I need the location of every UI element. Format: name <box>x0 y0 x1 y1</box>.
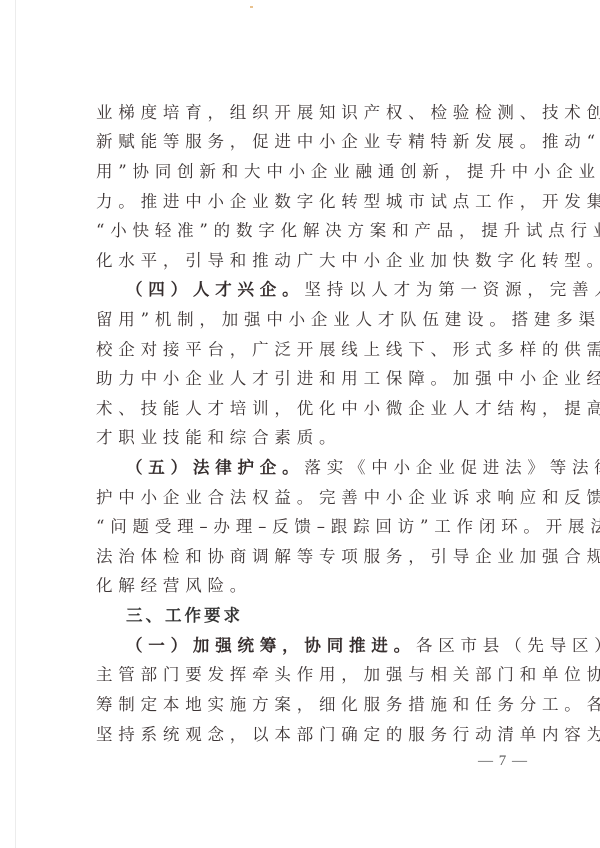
section-heading: 三、工作要求 <box>126 605 536 627</box>
paragraph-line: 主管部门要发挥牵头作用，加强与相关部门和单位协同配合，统 <box>96 664 536 686</box>
paragraph-line: 助力中小企业人才引进和用工保障。加强中小企业经营管理、技 <box>96 368 536 390</box>
paragraph-line: “问题受理–办理–反馈–跟踪回访”工作闭环。开展法律宣讲、 <box>96 516 536 538</box>
subsection-1-label: （一）加强统筹，协同推进。 <box>126 636 416 655</box>
paragraph-line: 用”协同创新和大中小企业融通创新，提升中小企业核心竞争 <box>96 161 536 183</box>
paragraph-line: 新赋能等服务，促进中小企业专精特新发展。推动“政产学研 <box>96 131 536 153</box>
paragraph-line: 留用”机制，加强中小企业人才队伍建设。搭建多渠道产才、 <box>96 309 536 331</box>
paragraph-line: 力。推进中小企业数字化转型城市试点工作，开发集成一批 <box>96 191 536 213</box>
page-number: — 7 — <box>478 752 538 770</box>
subsection-1-first-line: （一）加强统筹，协同推进。各区市县（先导区）中小企业 <box>126 635 536 657</box>
paragraph-text: 坚持以人才为第一资源，完善人才“引育 <box>304 280 600 299</box>
paragraph-line: 化解经营风险。 <box>96 575 536 597</box>
paragraph-line: 业梯度培育，组织开展知识产权、检验检测、技术创新和专精特 <box>96 102 536 124</box>
paragraph-text: 落实《中小企业促进法》等法律法规，保 <box>304 458 600 477</box>
section-5-first-line: （五）法律护企。落实《中小企业促进法》等法律法规，保 <box>126 457 536 479</box>
paragraph-line: 才职业技能和综合素质。 <box>96 427 536 449</box>
section-4-first-line: （四）人才兴企。坚持以人才为第一资源，完善人才“引育 <box>126 279 536 301</box>
paragraph-line: 坚持系统观念，以本部门确定的服务行动清单内容为基础，结合 <box>96 724 536 746</box>
paragraph-line: 法治体检和协商调解等专项服务，引导企业加强合规管理，防范 <box>96 546 536 568</box>
paragraph-line: 术、技能人才培训，优化中小微企业人才结构，提高中小企业人 <box>96 398 536 420</box>
paragraph-line: 筹制定本地实施方案，细化服务措施和任务分工。各相关部门要 <box>96 694 536 716</box>
paragraph-line: 护中小企业合法权益。完善中小企业诉求响应和反馈机制，形成 <box>96 487 536 509</box>
section-4-label: （四）人才兴企。 <box>126 280 304 299</box>
paragraph-line: “小快轻准”的数字化解决方案和产品，提升试点行业企业数字 <box>96 220 536 242</box>
document-page: 业梯度培育，组织开展知识产权、检验检测、技术创新和专精特 新赋能等服务，促进中小… <box>0 0 600 848</box>
paragraph-line: 化水平，引导和推动广大中小企业加快数字化转型。 <box>96 250 536 272</box>
section-5-label: （五）法律护企。 <box>126 458 304 477</box>
paragraph-text: 各区市县（先导区）中小企业 <box>416 636 600 655</box>
paragraph-line: 校企对接平台，广泛开展线上线下、形式多样的供需对接活动， <box>96 339 536 361</box>
